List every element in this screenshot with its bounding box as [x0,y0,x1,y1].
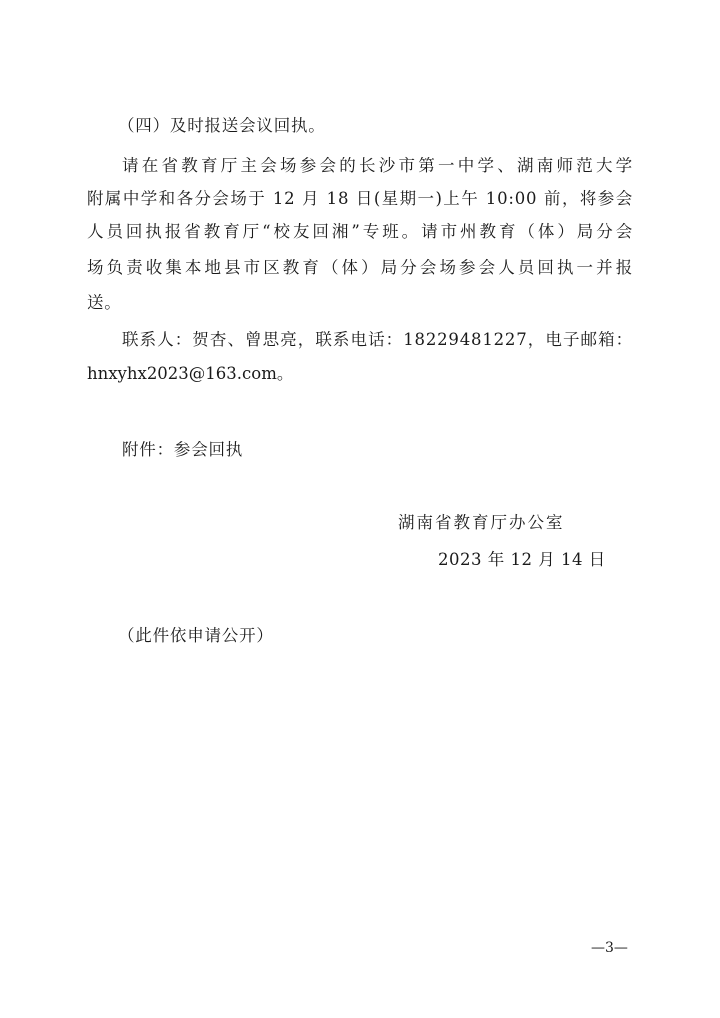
page-number: —3— [591,938,628,958]
paragraph-line: 人员回执报省教育厅“校友回湘”专班。请市州教育（体）局分会 [87,222,633,242]
attachment-label: 附件：参会回执 [122,440,243,460]
contact-line: 联系人：贺杏、曾思亮，联系电话：18229481227，电子邮箱： [122,330,633,350]
signature-organization: 湖南省教育厅办公室 [398,513,565,533]
contact-email: hnxyhx2023@163.com。 [87,364,293,384]
disclosure-note: （此件依申请公开） [118,626,274,646]
section-heading: （四）及时报送会议回执。 [118,116,326,136]
paragraph-line: 场负责收集本地县市区教育（体）局分会场参会人员回执一并报 [87,258,633,278]
signature-date: 2023 年 12 月 14 日 [438,550,606,570]
paragraph-line: 请在省教育厅主会场参会的长沙市第一中学、湖南师范大学 [122,156,633,176]
paragraph-line: 附属中学和各分会场于 12 月 18 日(星期一)上午 10:00 前，将参会 [87,189,633,209]
paragraph-line: 送。 [87,293,122,313]
